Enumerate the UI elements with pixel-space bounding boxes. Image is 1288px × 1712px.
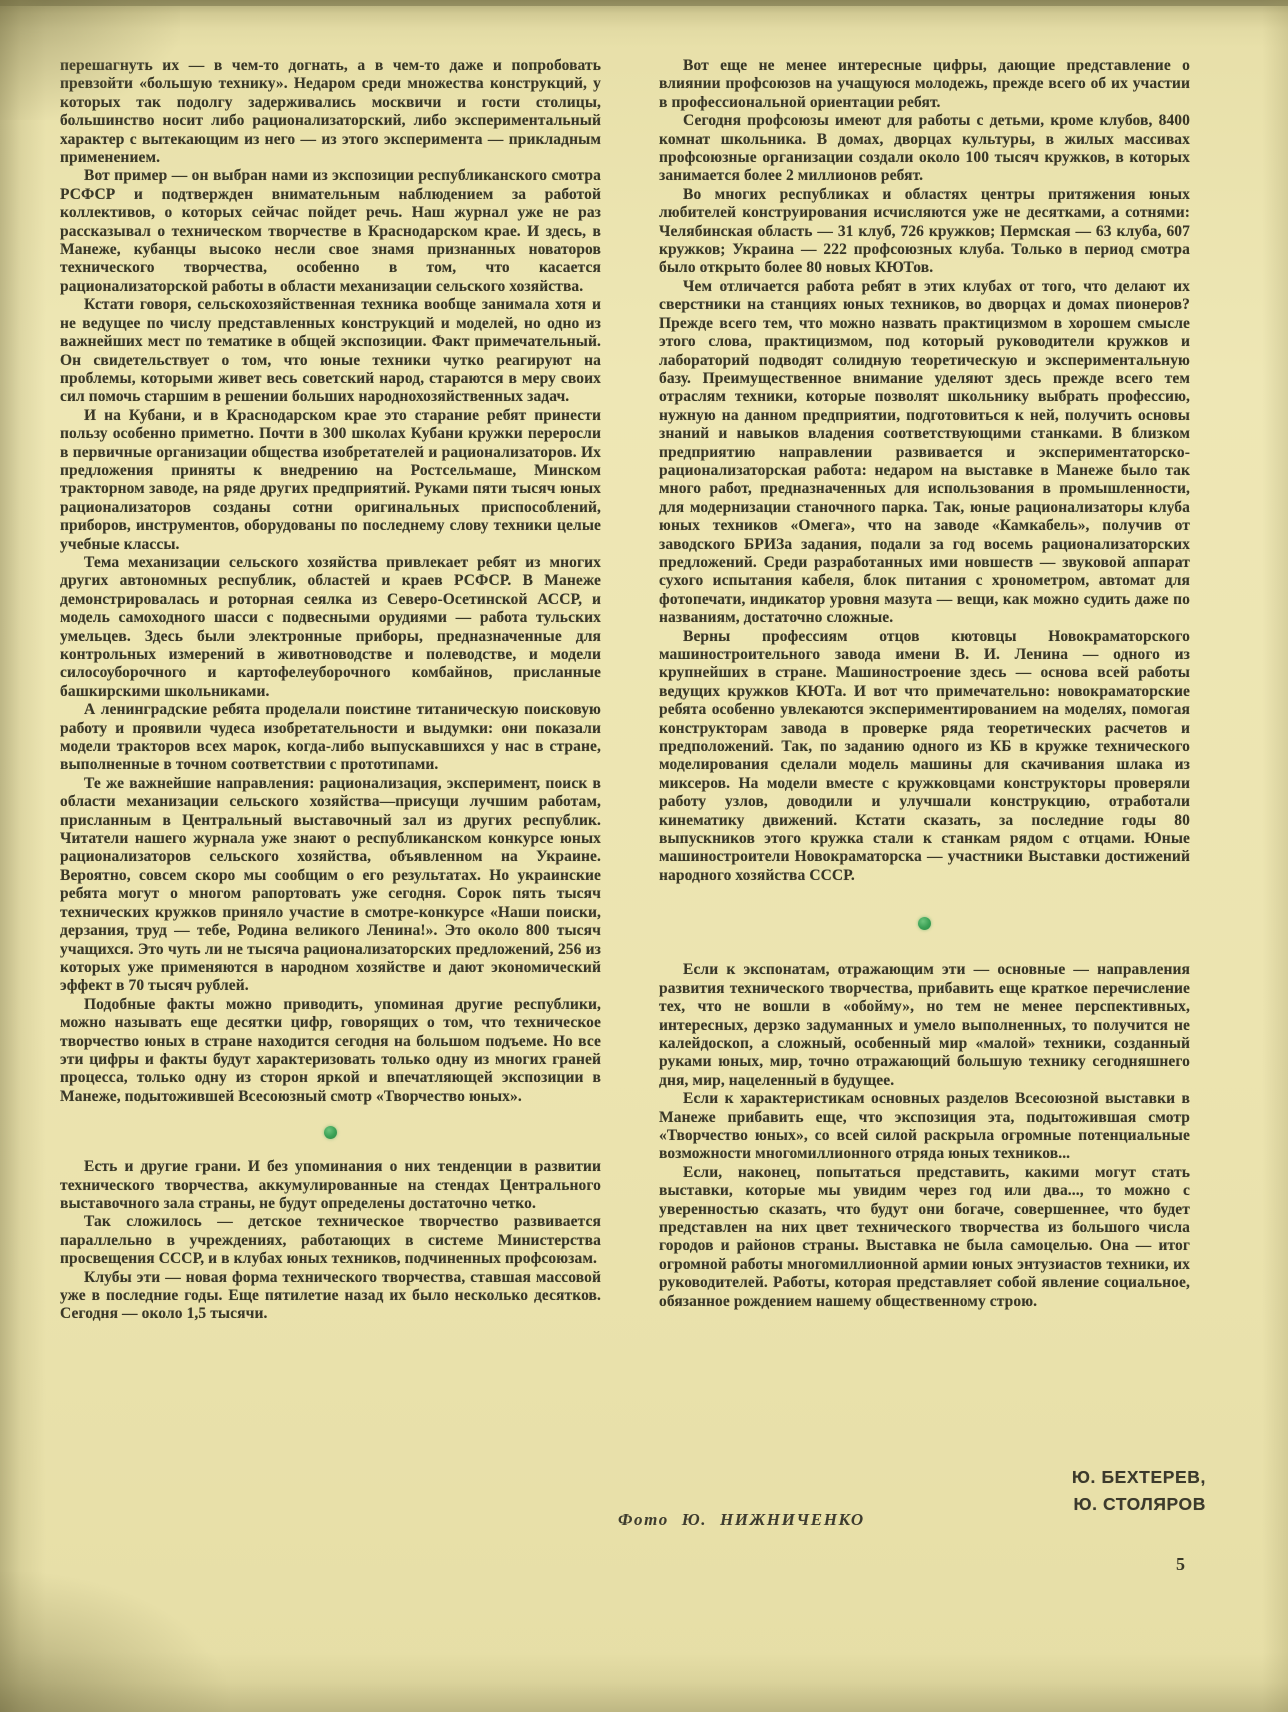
author-signatures: Ю. БЕХТЕРЕВ, Ю. СТОЛЯРОВ bbox=[1072, 1464, 1206, 1518]
paragraph: А ленинградские ребята проделали поистин… bbox=[60, 701, 601, 775]
paragraph: Те же важнейшие направления: рационализа… bbox=[60, 775, 601, 996]
paragraph: Есть и другие грани. И без упоминания о … bbox=[60, 1158, 601, 1213]
paragraph: Тема механизации сельского хозяйства при… bbox=[60, 554, 601, 701]
paragraph: Клубы эти — новая форма технического тво… bbox=[60, 1269, 601, 1324]
paragraph: Чем отличается работа ребят в этих клуба… bbox=[659, 278, 1190, 628]
paragraph: Верны профессиям отцов кютовцы Новокрама… bbox=[659, 628, 1190, 886]
author-signature: Ю. БЕХТЕРЕВ, bbox=[1072, 1464, 1206, 1491]
author-signature: Ю. СТОЛЯРОВ bbox=[1072, 1491, 1206, 1518]
paper-corner-shadow-bottom-left bbox=[0, 1572, 230, 1712]
paragraph: Кстати говоря, сельскохозяйственная техн… bbox=[60, 296, 601, 406]
photo-credit: Фото Ю. НИЖНИЧЕНКО bbox=[618, 1510, 865, 1530]
paragraph: Если, наконец, попытаться представить, к… bbox=[659, 1164, 1190, 1311]
page-number: 5 bbox=[1176, 1554, 1185, 1575]
paragraph: Так сложилось — детское техническое твор… bbox=[60, 1213, 601, 1268]
paragraph: Вот пример — он выбран нами из экспозици… bbox=[60, 167, 601, 296]
paragraph: Во многих республиках и областях центры … bbox=[659, 186, 1190, 278]
paper-edge-line-top bbox=[0, 0, 1288, 6]
magazine-page: перешагнуть их — в чем-то догнать, а в ч… bbox=[0, 0, 1288, 1712]
right-column: Вот еще не менее интересные цифры, дающи… bbox=[659, 57, 1190, 1311]
paragraph: И на Кубани, и в Краснодарском крае это … bbox=[60, 407, 601, 554]
section-separator bbox=[659, 885, 1190, 961]
paper-edge-shadow-right bbox=[1262, 0, 1288, 1712]
paper-edge-shadow-top bbox=[0, 0, 1288, 48]
paragraph: Если к характеристикам основных разделов… bbox=[659, 1090, 1190, 1164]
paragraph: Сегодня профсоюзы имеют для работы с дет… bbox=[659, 112, 1190, 186]
paper-edge-shadow-left bbox=[0, 0, 46, 1712]
left-column: перешагнуть их — в чем-то догнать, а в ч… bbox=[60, 57, 601, 1324]
green-dot-icon bbox=[324, 1126, 337, 1139]
paragraph: Подобные факты можно приводить, упоминая… bbox=[60, 996, 601, 1106]
green-dot-icon bbox=[918, 917, 931, 930]
paper-edge-shadow-bottom bbox=[0, 1652, 1288, 1712]
paragraph: Если к экспонатам, отражающим эти — осно… bbox=[659, 961, 1190, 1090]
paragraph: Вот еще не менее интересные цифры, дающи… bbox=[659, 57, 1190, 112]
section-separator bbox=[60, 1106, 601, 1158]
paragraph: перешагнуть их — в чем-то догнать, а в ч… bbox=[60, 57, 601, 167]
